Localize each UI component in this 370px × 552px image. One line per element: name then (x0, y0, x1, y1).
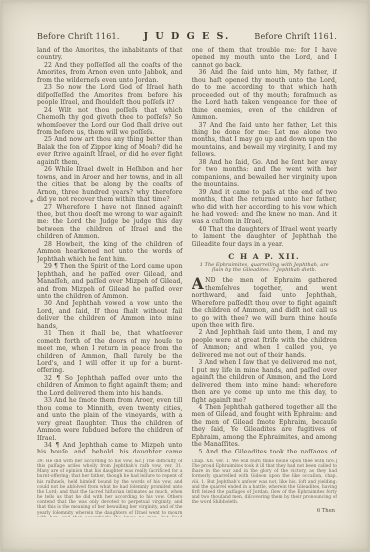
verse-paragraph: 38 And he ſaid, Go. And he ſent her away… (192, 159, 338, 189)
footnote-left: 39. He did with her according to his vow… (37, 459, 183, 517)
right-column: one of them that trouble me: for I have … (192, 47, 338, 453)
verse-paragraph: land of the Amorites, the inhabitants of… (37, 47, 183, 62)
verse-paragraph: 3 And when I ſaw that ye delivered me no… (192, 359, 338, 404)
verse-paragraph: 36 And ſhe ſaid unto him, My father, if … (192, 69, 338, 121)
running-head-left: Before Chriſt 1161. (37, 32, 120, 41)
right-column-top: one of them that trouble me: for I have … (192, 47, 338, 248)
verse-paragraph: 27 Wherefore I have not ſinned againſt t… (37, 204, 183, 241)
verse-paragraph: 5 And the Gileadites took the paſſages o… (192, 449, 338, 453)
footnotes-section: 39. He did with her according to his vow… (37, 459, 337, 517)
page-header: Before Chriſt 1161. J U D G E S. Before … (37, 31, 337, 42)
verse-paragraph: 25 And now art thou any thing better tha… (37, 136, 183, 166)
footnote-right-wrap: Chap. XII. ver. 1. We will burn thine ho… (192, 459, 338, 517)
verse-paragraph: 29 ¶ Then the Spirit of the Lord came up… (37, 263, 183, 300)
verse-paragraph: 31 Then it ſhall be, that whatſoever com… (37, 330, 183, 375)
verse-paragraph: 2 And Jephthah ſaid unto them, I and my … (192, 329, 338, 359)
catchword: 6 Then (192, 508, 338, 514)
verse-paragraph: 39 And it came to paſs at the end of two… (192, 189, 338, 226)
verse-paragraph: 32 ¶ So Jephthah paſſed over unto the ch… (37, 375, 183, 397)
verse-paragraph: AND the men of Ephraim gathered themſelv… (192, 277, 338, 329)
margin-asterisk: * (30, 199, 34, 207)
verse-paragraph: 28 Howbeit, the king of the children of … (37, 241, 183, 263)
book-page: Before Chriſt 1161. J U D G E S. Before … (0, 0, 370, 552)
verse-paragraph: 40 That the daughters of Iſrael went yea… (192, 226, 338, 248)
footnote-right: Chap. XII. ver. 1. We will burn thine ho… (192, 459, 338, 505)
verse-paragraph: 4 Then Jephthah gathered together all th… (192, 404, 338, 449)
chapter-heading: C H A P. XII. (192, 253, 338, 260)
book-title: J U D G E S. (144, 31, 231, 42)
verse-paragraph: 26 While Iſrael dwelt in Heſhbon and her… (37, 166, 183, 203)
running-head-right: Before Chriſt 1161. (254, 32, 337, 41)
verse-paragraph: 24 Wilt not thou poſſeſs that which Chem… (37, 107, 183, 137)
drop-cap-letter: A (192, 277, 206, 291)
verse-text: ND the men of Ephraim gathered themſelve… (192, 277, 338, 329)
verse-paragraph: 34 ¶ And Jephthah came to Mizpeh unto hi… (37, 442, 183, 453)
verse-paragraph: 23 So now the Lord God of Iſrael hath di… (37, 84, 183, 106)
footnote-left-wrap: 39. He did with her according to his vow… (37, 459, 183, 517)
right-column-bottom: 2 And Jephthah ſaid unto them, I and my … (192, 329, 338, 453)
verse-paragraph: 30 And Jephthah vowed a vow unto the Lor… (37, 300, 183, 330)
verse-paragraph: 22 And they poſſeſſed all the coaſts of … (37, 62, 183, 84)
verse-paragraph: one of them that trouble me: for I have … (192, 47, 338, 69)
verse-paragraph: 37 And ſhe ſaid unto her father, Let thi… (192, 122, 338, 159)
verse-paragraph: 33 And he ſmote them from Aroer, even ti… (37, 397, 183, 442)
text-columns: land of the Amorites, the inhabitants of… (37, 47, 337, 453)
chapter-summary: 1 The Ephraimites, quarrelling with Jeph… (198, 263, 332, 275)
left-column: land of the Amorites, the inhabitants of… (37, 47, 183, 453)
